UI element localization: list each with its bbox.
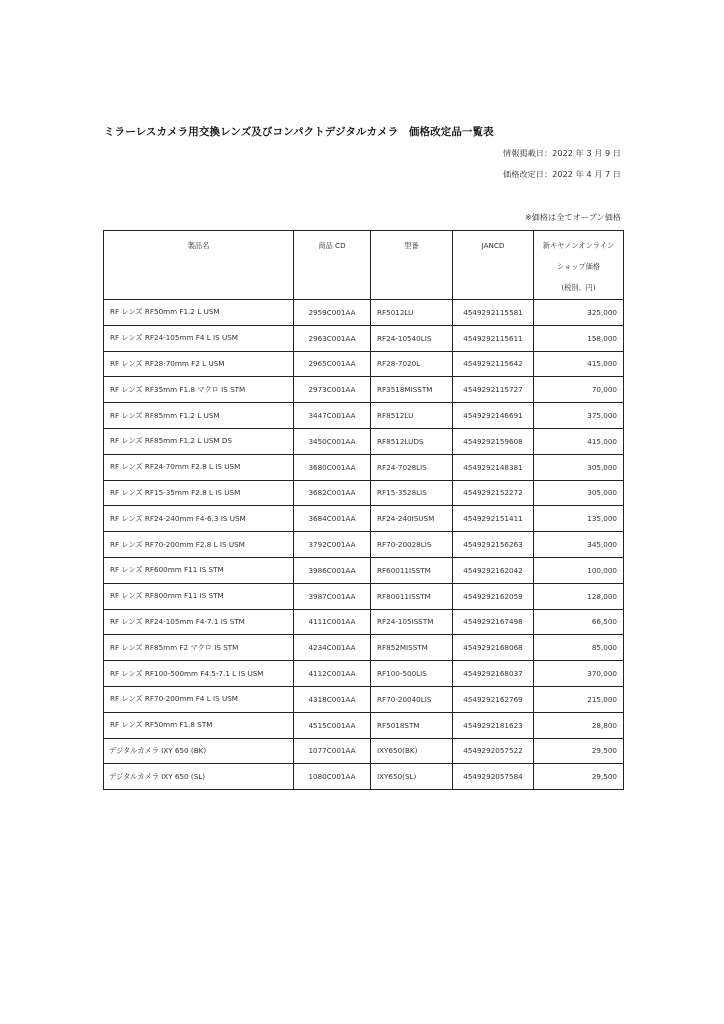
table-row: RF レンズ RF35mm F1.8 マクロ IS STM2973C001AAR… <box>104 377 624 403</box>
price-cell: 305,000 <box>534 480 624 506</box>
jancd-cell: 4549292148381 <box>453 454 534 480</box>
model-number-cell: RF8512LU <box>371 403 453 429</box>
product-name-cell: デジタルカメラ IXY 650 (BK) <box>104 738 294 764</box>
product-name-cell: RF レンズ RF50mm F1.2 L USM <box>104 300 294 326</box>
product-cd-cell: 3792C001AA <box>294 532 371 558</box>
price-note: ※価格は全てオープン価格 <box>525 212 621 223</box>
product-cd-cell: 2965C001AA <box>294 351 371 377</box>
price-cell: 345,000 <box>534 532 624 558</box>
product-name-cell: RF レンズ RF24-105mm F4-7.1 IS STM <box>104 609 294 635</box>
jancd-cell: 4549292115611 <box>453 325 534 351</box>
table-row: RF レンズ RF24-105mm F4-7.1 IS STM4111C001A… <box>104 609 624 635</box>
product-name-cell: デジタルカメラ IXY 650 (SL) <box>104 764 294 790</box>
product-cd-cell: 3684C001AA <box>294 506 371 532</box>
price-cell: 135,000 <box>534 506 624 532</box>
price-cell: 215,000 <box>534 686 624 712</box>
model-number-cell: IXY650(BK) <box>371 738 453 764</box>
model-number-cell: RF5012LU <box>371 300 453 326</box>
product-cd-cell: 3450C001AA <box>294 428 371 454</box>
product-name-cell: RF レンズ RF50mm F1.8 STM <box>104 712 294 738</box>
product-cd-cell: 2973C001AA <box>294 377 371 403</box>
model-number-cell: RF28-7020L <box>371 351 453 377</box>
price-cell: 28,800 <box>534 712 624 738</box>
model-number-cell: RF24-240ISUSM <box>371 506 453 532</box>
product-name-cell: RF レンズ RF70-200mm F2.8 L IS USM <box>104 532 294 558</box>
product-cd-cell: 1077C001AA <box>294 738 371 764</box>
model-number-cell: RF70-20028LIS <box>371 532 453 558</box>
model-number-cell: RF852MISSTM <box>371 635 453 661</box>
published-date: 情報掲載日：2022 年 3 月 9 日 <box>503 148 621 159</box>
product-cd-cell: 4234C001AA <box>294 635 371 661</box>
product-cd-cell: 1080C001AA <box>294 764 371 790</box>
price-cell: 158,000 <box>534 325 624 351</box>
product-name-cell: RF レンズ RF15-35mm F2.8 L IS USM <box>104 480 294 506</box>
product-cd-cell: 2959C001AA <box>294 300 371 326</box>
product-name-cell: RF レンズ RF85mm F2 マクロ IS STM <box>104 635 294 661</box>
price-cell: 325,000 <box>534 300 624 326</box>
product-name-cell: RF レンズ RF600mm F11 IS STM <box>104 557 294 583</box>
model-number-cell: RF8512LUDS <box>371 428 453 454</box>
product-name-cell: RF レンズ RF24-70mm F2.8 L IS USM <box>104 454 294 480</box>
product-name-cell: RF レンズ RF28-70mm F2 L USM <box>104 351 294 377</box>
header-online-price: 新キヤノンオンライン ショップ価格 (税別、円) <box>534 231 624 300</box>
table-row: RF レンズ RF15-35mm F2.8 L IS USM3682C001AA… <box>104 480 624 506</box>
price-cell: 29,500 <box>534 738 624 764</box>
product-name-cell: RF レンズ RF24-105mm F4 L IS USM <box>104 325 294 351</box>
price-cell: 305,000 <box>534 454 624 480</box>
product-cd-cell: 3680C001AA <box>294 454 371 480</box>
table-row: RF レンズ RF50mm F1.2 L USM2959C001AARF5012… <box>104 300 624 326</box>
price-cell: 415,000 <box>534 351 624 377</box>
price-cell: 375,000 <box>534 403 624 429</box>
model-number-cell: RF24-10540LIS <box>371 325 453 351</box>
model-number-cell: RF24-105ISSTM <box>371 609 453 635</box>
jancd-cell: 4549292162769 <box>453 686 534 712</box>
jancd-cell: 4549292168068 <box>453 635 534 661</box>
price-cell: 128,000 <box>534 583 624 609</box>
table-row: RF レンズ RF85mm F2 マクロ IS STM4234C001AARF8… <box>104 635 624 661</box>
product-cd-cell: 4515C001AA <box>294 712 371 738</box>
jancd-cell: 4549292162059 <box>453 583 534 609</box>
model-number-cell: RF5018STM <box>371 712 453 738</box>
product-name-cell: RF レンズ RF800mm F11 IS STM <box>104 583 294 609</box>
model-number-cell: RF80011ISSTM <box>371 583 453 609</box>
table-row: デジタルカメラ IXY 650 (BK)1077C001AAIXY650(BK)… <box>104 738 624 764</box>
jancd-cell: 4549292115727 <box>453 377 534 403</box>
header-product-name: 製品名 <box>104 231 294 300</box>
table-row: RF レンズ RF24-105mm F4 L IS USM2963C001AAR… <box>104 325 624 351</box>
price-cell: 100,000 <box>534 557 624 583</box>
model-number-cell: RF60011ISSTM <box>371 557 453 583</box>
jancd-cell: 4549292168037 <box>453 661 534 687</box>
header-model-number: 型番 <box>371 231 453 300</box>
product-cd-cell: 4111C001AA <box>294 609 371 635</box>
jancd-cell: 4549292156263 <box>453 532 534 558</box>
jancd-cell: 4549292152272 <box>453 480 534 506</box>
price-cell: 415,000 <box>534 428 624 454</box>
model-number-cell: RF100-500LIS <box>371 661 453 687</box>
price-cell: 70,000 <box>534 377 624 403</box>
table-row: RF レンズ RF28-70mm F2 L USM2965C001AARF28-… <box>104 351 624 377</box>
price-cell: 66,500 <box>534 609 624 635</box>
product-cd-cell: 3447C001AA <box>294 403 371 429</box>
product-name-cell: RF レンズ RF85mm F1.2 L USM DS <box>104 428 294 454</box>
table-body: RF レンズ RF50mm F1.2 L USM2959C001AARF5012… <box>104 300 624 790</box>
product-name-cell: RF レンズ RF85mm F1.2 L USM <box>104 403 294 429</box>
jancd-cell: 4549292162042 <box>453 557 534 583</box>
table-row: RF レンズ RF24-70mm F2.8 L IS USM3680C001AA… <box>104 454 624 480</box>
product-cd-cell: 3987C001AA <box>294 583 371 609</box>
product-cd-cell: 2963C001AA <box>294 325 371 351</box>
jancd-cell: 4549292181623 <box>453 712 534 738</box>
product-cd-cell: 3682C001AA <box>294 480 371 506</box>
product-name-cell: RF レンズ RF70-200mm F4 L IS USM <box>104 686 294 712</box>
product-cd-cell: 4318C001AA <box>294 686 371 712</box>
header-jancd: JANCD <box>453 231 534 300</box>
jancd-cell: 4549292115642 <box>453 351 534 377</box>
jancd-cell: 4549292057522 <box>453 738 534 764</box>
table-row: RF レンズ RF600mm F11 IS STM3986C001AARF600… <box>104 557 624 583</box>
product-name-cell: RF レンズ RF35mm F1.8 マクロ IS STM <box>104 377 294 403</box>
table-row: RF レンズ RF85mm F1.2 L USM DS3450C001AARF8… <box>104 428 624 454</box>
revision-date: 価格改定日：2022 年 4 月 7 日 <box>503 169 621 180</box>
table-row: RF レンズ RF100-500mm F4.5-7.1 L IS USM4112… <box>104 661 624 687</box>
price-cell: 85,000 <box>534 635 624 661</box>
model-number-cell: RF15-3528LIS <box>371 480 453 506</box>
jancd-cell: 4549292167498 <box>453 609 534 635</box>
table-header-row: 製品名 商品 CD 型番 JANCD 新キヤノンオンライン ショップ価格 (税別… <box>104 231 624 300</box>
model-number-cell: RF70-20040LIS <box>371 686 453 712</box>
table-row: RF レンズ RF800mm F11 IS STM3987C001AARF800… <box>104 583 624 609</box>
table-row: RF レンズ RF85mm F1.2 L USM3447C001AARF8512… <box>104 403 624 429</box>
table-row: RF レンズ RF70-200mm F2.8 L IS USM3792C001A… <box>104 532 624 558</box>
price-cell: 29,500 <box>534 764 624 790</box>
table-row: RF レンズ RF24-240mm F4-6.3 IS USM3684C001A… <box>104 506 624 532</box>
model-number-cell: RF3518MISSTM <box>371 377 453 403</box>
model-number-cell: RF24-7028LIS <box>371 454 453 480</box>
price-revision-table: 製品名 商品 CD 型番 JANCD 新キヤノンオンライン ショップ価格 (税別… <box>103 230 624 790</box>
table-row: デジタルカメラ IXY 650 (SL)1080C001AAIXY650(SL)… <box>104 764 624 790</box>
product-name-cell: RF レンズ RF24-240mm F4-6.3 IS USM <box>104 506 294 532</box>
product-name-cell: RF レンズ RF100-500mm F4.5-7.1 L IS USM <box>104 661 294 687</box>
table-row: RF レンズ RF70-200mm F4 L IS USM4318C001AAR… <box>104 686 624 712</box>
table-row: RF レンズ RF50mm F1.8 STM4515C001AARF5018ST… <box>104 712 624 738</box>
product-cd-cell: 4112C001AA <box>294 661 371 687</box>
jancd-cell: 4549292159608 <box>453 428 534 454</box>
jancd-cell: 4549292146691 <box>453 403 534 429</box>
product-cd-cell: 3986C001AA <box>294 557 371 583</box>
jancd-cell: 4549292151411 <box>453 506 534 532</box>
document-title: ミラーレスカメラ用交換レンズ及びコンパクトデジタルカメラ 価格改定品一覧表 <box>104 124 494 139</box>
jancd-cell: 4549292057584 <box>453 764 534 790</box>
jancd-cell: 4549292115581 <box>453 300 534 326</box>
header-product-cd: 商品 CD <box>294 231 371 300</box>
model-number-cell: IXY650(SL) <box>371 764 453 790</box>
price-cell: 370,000 <box>534 661 624 687</box>
